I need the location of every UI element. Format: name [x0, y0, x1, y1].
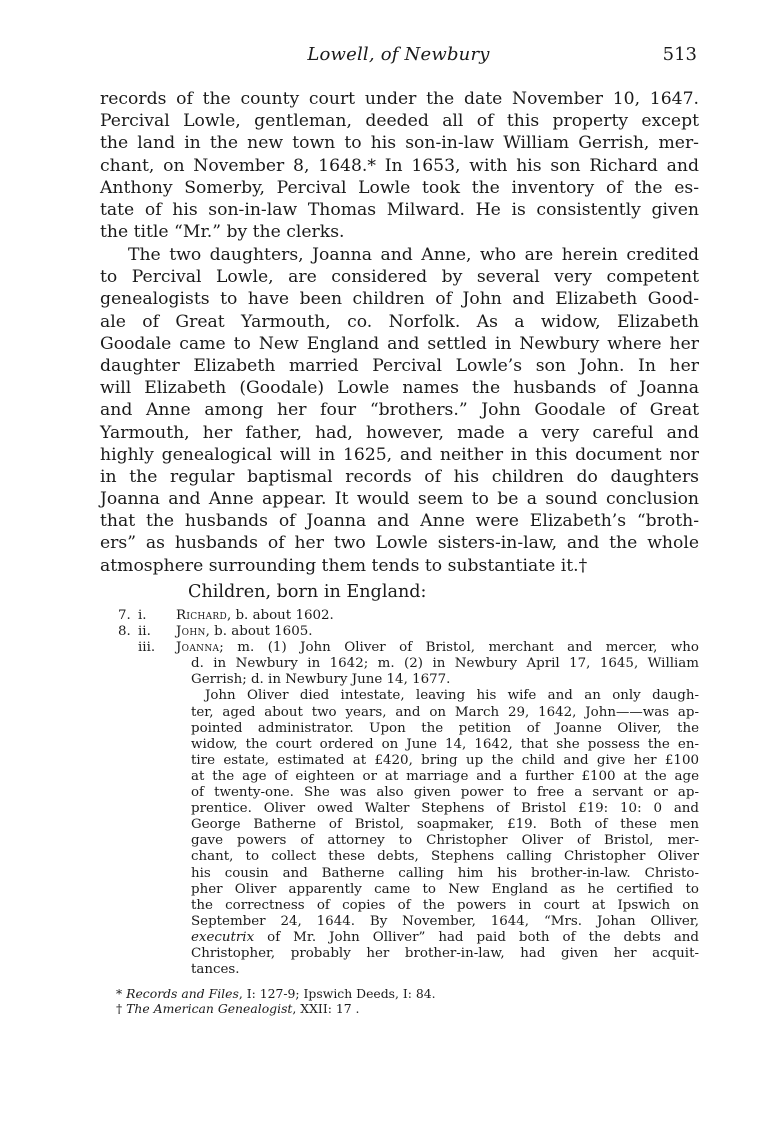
text-line: the land in the new town to his son-in-l…: [100, 132, 699, 154]
children-list: 7. i. Richard, b. about 1602. 8. ii. Joh…: [118, 608, 699, 978]
text-line: at the age of eighteen or at marriage an…: [191, 769, 699, 785]
text-line: gave powers of attorney to Christopher O…: [191, 833, 699, 849]
text-line: atmosphere surrounding them tends to sub…: [100, 555, 699, 577]
child-name: John: [176, 624, 206, 639]
footnote-citation: , XXII: 17 .: [292, 1001, 359, 1016]
text-line: Christopher, probably her brother-in-law…: [191, 946, 699, 962]
text-line: Anthony Somerby, Percival Lowle took the…: [100, 177, 699, 199]
text-line: executrix of Mr. John Olliver” had paid …: [191, 930, 699, 946]
italic-term: executrix: [191, 930, 254, 945]
children-heading: Children, born in England:: [188, 582, 426, 602]
paragraph-daughters: The two daughters, Joanna and Anne, who …: [100, 244, 699, 577]
text-line: tances.: [191, 962, 699, 978]
footnote-citation: , I: 127-9; Ipswich Deeds, I: 84.: [239, 986, 436, 1001]
text-line: ale of Great Yarmouth, co. Norfolk. As a…: [100, 311, 699, 333]
joanna-continuation: d. in Newbury in 1642; m. (2) in Newbury…: [191, 656, 699, 688]
text-line: his cousin and Batherne calling him his …: [191, 866, 699, 882]
child-entry-joanna: iii. Joanna; m. (1) John Oliver of Brist…: [118, 640, 699, 656]
text-line: pher Oliver apparently came to New Engla…: [191, 882, 699, 898]
child-ordinal: iii.: [138, 640, 155, 656]
paragraph-continuation: records of the county court under the da…: [100, 88, 699, 243]
text-line: records of the county court under the da…: [100, 88, 699, 110]
footnote-asterisk: * Records and Files, I: 127-9; Ipswich D…: [116, 987, 436, 1002]
footnote-source-title: Records and Files: [126, 986, 239, 1001]
generation-number: 8.: [118, 624, 140, 640]
text-line: George Batherne of Bristol, soapmaker, £…: [191, 817, 699, 833]
text-line: tate of his son-in-law Thomas Milward. H…: [100, 199, 699, 221]
child-detail: , b. about 1605.: [206, 624, 313, 639]
text-line: highly genealogical will in 1625, and ne…: [100, 444, 699, 466]
text-line: chant, on November 8, 1648.* In 1653, wi…: [100, 155, 699, 177]
text-line: tire estate, estimated at £420, bring up…: [191, 753, 699, 769]
text-line: John Oliver died intestate, leaving his …: [191, 688, 699, 704]
running-title: Lowell, of Newbury: [100, 44, 697, 65]
text-line: the correctness of copies of the powers …: [191, 898, 699, 914]
child-detail: , b. about 1602.: [227, 608, 334, 623]
text-line: ers” as husbands of her two Lowle sister…: [100, 532, 699, 554]
joanna-note: John Oliver died intestate, leaving his …: [191, 688, 699, 978]
text-line: ter, aged about two years, and on March …: [191, 705, 699, 721]
text-line: and Anne among her four “brothers.” John…: [100, 399, 699, 421]
child-ordinal: ii.: [138, 624, 151, 640]
text-line: d. in Newbury in 1642; m. (2) in Newbury…: [191, 656, 699, 672]
footnote-dagger: † The American Genealogist, XXII: 17 .: [116, 1002, 436, 1017]
text-line: widow, the court ordered on June 14, 164…: [191, 737, 699, 753]
text-line: prentice. Oliver owed Walter Stephens of…: [191, 801, 699, 817]
child-entry-john: 8. ii. John, b. about 1605.: [118, 624, 699, 640]
text-line: in the regular baptismal records of his …: [100, 466, 699, 488]
generation-number: 7.: [118, 608, 140, 624]
text-line: pointed administrator. Upon the petition…: [191, 721, 699, 737]
text-line: will Elizabeth (Goodale) Lowle names the…: [100, 377, 699, 399]
text-line: Yarmouth, her father, had, however, made…: [100, 422, 699, 444]
child-name: Richard: [176, 608, 227, 623]
text-line: September 24, 1644. By November, 1644, “…: [191, 914, 699, 930]
text-line: to Percival Lowle, are considered by sev…: [100, 266, 699, 288]
child-name: Joanna: [176, 640, 219, 655]
footnote-mark: *: [116, 986, 126, 1001]
book-page: Lowell, of Newbury 513 records of the co…: [0, 0, 781, 1123]
text-line: of twenty-one. She was also given power …: [191, 785, 699, 801]
child-detail: ; m. (1) John Oliver of Bristol, merchan…: [219, 640, 699, 655]
text-line: Goodale came to New England and settled …: [100, 333, 699, 355]
footnote-source-title: The American Genealogist: [126, 1001, 292, 1016]
child-ordinal: i.: [138, 608, 147, 624]
text-line: that the husbands of Joanna and Anne wer…: [100, 510, 699, 532]
text-line: Percival Lowle, gentleman, deeded all of…: [100, 110, 699, 132]
running-head: Lowell, of Newbury 513: [100, 44, 697, 68]
text-line: the title “Mr.” by the clerks.: [100, 221, 699, 243]
text-line: chant, to collect these debts, Stephens …: [191, 849, 699, 865]
text-line: genealogists to have been children of Jo…: [100, 288, 699, 310]
footnote-mark: †: [116, 1001, 126, 1016]
text-line: Gerrish; d. in Newbury June 14, 1677.: [191, 672, 699, 688]
footnotes: * Records and Files, I: 127-9; Ipswich D…: [116, 987, 436, 1016]
page-number: 513: [663, 44, 697, 65]
text-line: Joanna and Anne appear. It would seem to…: [100, 488, 699, 510]
child-entry-richard: 7. i. Richard, b. about 1602.: [118, 608, 699, 624]
text-line: daughter Elizabeth married Percival Lowl…: [100, 355, 699, 377]
text-line: The two daughters, Joanna and Anne, who …: [100, 244, 699, 266]
